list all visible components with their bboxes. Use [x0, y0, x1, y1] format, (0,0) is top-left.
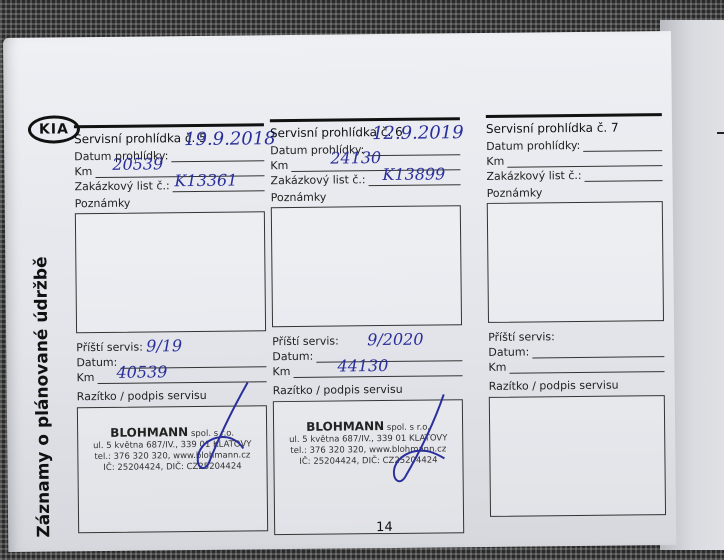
date-value: 19.9.2018	[184, 128, 276, 150]
next-km-value: 44130	[337, 356, 388, 376]
notes-box[interactable]	[75, 211, 266, 333]
order-field[interactable]: Zakázkový list č.:	[486, 166, 662, 183]
next-km-label: Km	[272, 365, 290, 378]
next-km-field[interactable]: Km 44130	[272, 361, 462, 378]
stamp-company: BLOHMANN	[110, 425, 188, 440]
order-value: K13899	[382, 164, 445, 184]
stamp-box	[489, 395, 666, 517]
date-value: 12.9.2019	[372, 122, 464, 144]
next-km-label: Km	[488, 361, 506, 374]
notes-box[interactable]	[271, 205, 462, 327]
service-book-page: KIA Záznamy o plánované údržbě Servisní …	[3, 31, 676, 552]
order-field[interactable]: Zakázkový list č.: K13899	[270, 170, 460, 187]
order-field[interactable]: Zakázkový list č.: K13361	[74, 176, 264, 193]
brand-text: KIA	[39, 121, 69, 137]
stamp-label: Razítko / podpis servisu	[77, 388, 267, 403]
next-date-label: Datum:	[76, 356, 117, 369]
header-rule	[74, 123, 264, 128]
notes-label: Poznámky	[487, 185, 663, 200]
stamp-company: BLOHMANN	[306, 419, 384, 434]
side-title: Záznamy o plánované údržbě	[31, 256, 54, 537]
notes-label: Poznámky	[75, 195, 265, 210]
order-value: K13361	[174, 171, 237, 191]
kia-logo: KIA	[28, 115, 80, 144]
next-km-label: Km	[76, 371, 94, 384]
stamp-box: BLOHMANN spol. s r.o. ul. 5 května 687/I…	[273, 399, 464, 535]
stamp-label: Razítko / podpis servisu	[273, 382, 463, 397]
notes-label: Poznámky	[271, 189, 461, 204]
service-column-7: Servisní prohlídka č. 7 Datum prohlídky:…	[486, 113, 666, 517]
next-date-label: Datum:	[488, 346, 529, 359]
column-title: Servisní prohlídka č. 7	[486, 120, 662, 136]
stamp-ids: IČ: 25204424, DIČ: CZ25204424	[78, 461, 266, 474]
notes-box[interactable]	[487, 201, 664, 323]
stamp-box: BLOHMANN spol. s r.o. ul. 5 května 687/I…	[77, 405, 268, 533]
service-column-5: Servisní prohlídka č. 5 Datum prohlídky:…	[74, 123, 268, 533]
next-date-label: Datum:	[272, 350, 313, 363]
km-value: 24130	[330, 148, 381, 168]
order-label: Zakázkový list č.:	[486, 169, 581, 183]
km-label: Km	[74, 165, 92, 178]
next-km-field[interactable]: Km	[488, 357, 664, 374]
km-value: 20539	[112, 154, 163, 174]
header-rule	[270, 117, 460, 122]
km-label: Km	[270, 159, 288, 172]
stamp-ids: IČ: 25204424, DIČ: CZ25204424	[274, 455, 462, 468]
service-column-6: Servisní prohlídka č. 6 Datum prohlídky:…	[270, 117, 464, 535]
order-label: Zakázkový list č.:	[270, 173, 365, 187]
next-km-value: 40539	[116, 362, 167, 382]
km-label: Km	[486, 155, 504, 168]
date-label: Datum prohlídky:	[486, 139, 580, 153]
stamp-label: Razítko / podpis servisu	[489, 378, 665, 393]
facing-page-rule	[717, 132, 724, 134]
header-rule	[486, 113, 662, 118]
page-number: 14	[376, 520, 393, 535]
next-km-field[interactable]: Km 40539	[76, 367, 266, 384]
order-label: Zakázkový list č.:	[74, 179, 169, 193]
